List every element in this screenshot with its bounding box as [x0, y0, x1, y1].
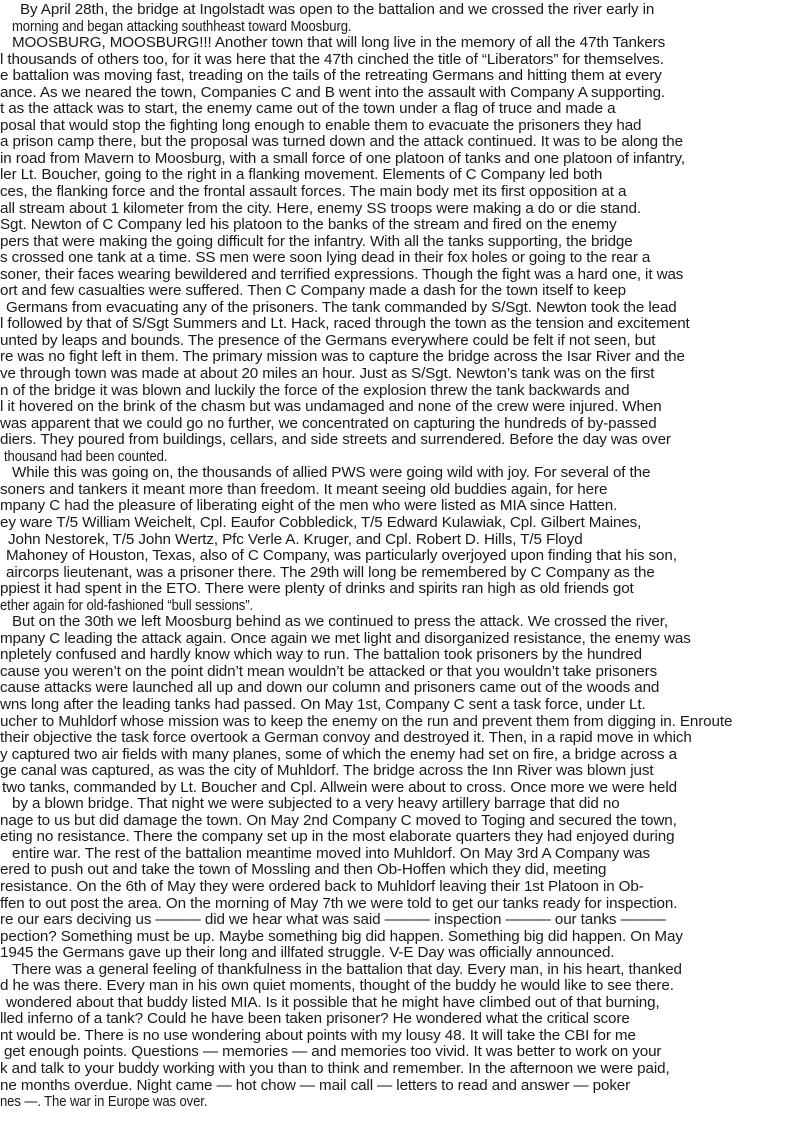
text-line-content: By April 28th, the bridge at Ingolstadt …	[20, 2, 654, 19]
text-line: ne months overdue. Night came — hot chow…	[0, 1078, 800, 1095]
text-line-content: t as the attack was to start, the enemy …	[0, 101, 615, 118]
text-line-content: While this was going on, the thousands o…	[12, 465, 650, 482]
text-line: soner, their faces wearing bewildered an…	[0, 267, 800, 284]
text-line-content: ey ware T/5 William Weichelt, Cpl. Eaufo…	[0, 515, 641, 532]
text-line-content: e battalion was moving fast, treading on…	[0, 68, 662, 85]
text-line: by a blown bridge. That night we were su…	[0, 796, 800, 813]
text-line: ort and few casualties were suffered. Th…	[0, 283, 800, 300]
text-line-content: a prison camp there, but the proposal wa…	[0, 134, 683, 151]
text-line-content: nage to us but did damage the town. On M…	[0, 813, 677, 830]
text-line-content: was apparent that we could go no further…	[0, 416, 657, 433]
text-line: was apparent that we could go no further…	[0, 416, 800, 433]
text-line-content: John Nestorek, T/5 John Wertz, Pfc Verle…	[8, 532, 583, 549]
text-line: morning and began attacking southheast t…	[0, 19, 800, 36]
text-line: their objective the task force overtook …	[0, 730, 800, 747]
text-line-content: MOOSBURG, MOOSBURG!!! Another town that …	[12, 35, 665, 52]
text-line-content: ether again for old-fashioned “bull sess…	[0, 598, 253, 615]
document-page: By April 28th, the bridge at Ingolstadt …	[0, 2, 800, 1111]
text-line-content: ne months overdue. Night came — hot chow…	[0, 1078, 630, 1095]
text-line-content: There was a general feeling of thankfuln…	[12, 962, 682, 979]
text-line: thousand had been counted.	[0, 449, 800, 466]
text-line: npletely confused and hardly know which …	[0, 647, 800, 664]
text-line-content: resistance. On the 6th of May they were …	[0, 879, 644, 896]
text-line: ance. As we neared the town, Companies C…	[0, 85, 800, 102]
text-line-content: mpany C had the pleasure of liberating e…	[0, 498, 617, 515]
text-line: ve through town was made at about 20 mil…	[0, 366, 800, 383]
text-line: e battalion was moving fast, treading on…	[0, 68, 800, 85]
text-line-content: l followed by that of S/Sgt Summers and …	[0, 316, 690, 333]
text-line-content: re our ears deciving us ——— did we hear …	[0, 912, 666, 929]
text-line: ler Lt. Boucher, going to the right in a…	[0, 167, 800, 184]
text-line-content: lled inferno of a tank? Could he have be…	[0, 1011, 630, 1028]
text-line: pers that were making the going difficul…	[0, 234, 800, 251]
text-line-content: npletely confused and hardly know which …	[0, 647, 642, 664]
text-line-content: nes —. The war in Europe was over.	[0, 1094, 207, 1111]
text-line-content: 1945 the Germans gave up their long and …	[0, 945, 614, 962]
text-line: re our ears deciving us ——— did we hear …	[0, 912, 800, 929]
text-line-content: thousand had been counted.	[4, 449, 167, 466]
text-line-content: morning and began attacking southheast t…	[12, 19, 351, 36]
text-line-content: unted by leaps and bounds. The presence …	[0, 333, 655, 350]
text-line-content: soner, their faces wearing bewildered an…	[0, 267, 683, 284]
text-line: aircorps lieutenant, was a prisoner ther…	[0, 565, 800, 582]
text-line: all stream about 1 kilometer from the ci…	[0, 201, 800, 218]
text-line: ether again for old-fashioned “bull sess…	[0, 598, 800, 615]
text-line: re was no fight left in them. The primar…	[0, 349, 800, 366]
text-line: Mahoney of Houston, Texas, also of C Com…	[0, 548, 800, 565]
text-line-content: ucher to Muhldorf whose mission was to k…	[0, 714, 732, 731]
text-line: nt would be. There is no use wondering a…	[0, 1028, 800, 1045]
text-line: soners and tankers it meant more than fr…	[0, 482, 800, 499]
text-line-content: soners and tankers it meant more than fr…	[0, 482, 607, 499]
text-line: entire war. The rest of the battalion me…	[0, 846, 800, 863]
text-line: But on the 30th we left Moosburg behind …	[0, 614, 800, 631]
text-line: pection? Something must be up. Maybe som…	[0, 929, 800, 946]
text-line: cause you weren’t on the point didn’t me…	[0, 664, 800, 681]
text-line: While this was going on, the thousands o…	[0, 465, 800, 482]
text-line: unted by leaps and bounds. The presence …	[0, 333, 800, 350]
text-line-content: Germans from evacuating any of the priso…	[6, 300, 677, 317]
text-line-content: But on the 30th we left Moosburg behind …	[12, 614, 668, 631]
text-line-content: y captured two air fields with many plan…	[0, 747, 677, 764]
text-line-content: cause you weren’t on the point didn’t me…	[0, 664, 657, 681]
text-line: get enough points. Questions — memories …	[0, 1044, 800, 1061]
text-line: wondered about that buddy listed MIA. Is…	[0, 995, 800, 1012]
text-line: wns long after the leading tanks had pas…	[0, 697, 800, 714]
text-line: ge canal was captured, as was the city o…	[0, 763, 800, 780]
text-line: s crossed one tank at a time. SS men wer…	[0, 250, 800, 267]
text-line-content: ance. As we neared the town, Companies C…	[0, 85, 665, 102]
text-line-content: pection? Something must be up. Maybe som…	[0, 929, 683, 946]
text-line: a prison camp there, but the proposal wa…	[0, 134, 800, 151]
text-line: eting no resistance. There the company s…	[0, 829, 800, 846]
text-line: d he was there. Every man in his own qui…	[0, 978, 800, 995]
text-line: in road from Mavern to Moosburg, with a …	[0, 151, 800, 168]
text-line-content: aircorps lieutenant, was a prisoner ther…	[6, 565, 655, 582]
text-line: lled inferno of a tank? Could he have be…	[0, 1011, 800, 1028]
text-line-content: d he was there. Every man in his own qui…	[0, 978, 674, 995]
text-line-content: s crossed one tank at a time. SS men wer…	[0, 250, 650, 267]
text-line: two tanks, commanded by Lt. Boucher and …	[0, 780, 800, 797]
text-line-content: ler Lt. Boucher, going to the right in a…	[0, 167, 602, 184]
text-line-content: Sgt. Newton of C Company led his platoon…	[0, 217, 617, 234]
text-line: y captured two air fields with many plan…	[0, 747, 800, 764]
text-line: Germans from evacuating any of the priso…	[0, 300, 800, 317]
text-line: resistance. On the 6th of May they were …	[0, 879, 800, 896]
text-line-content: ppiest it had spent in the ETO. There we…	[0, 581, 634, 598]
text-line: ey ware T/5 William Weichelt, Cpl. Eaufo…	[0, 515, 800, 532]
text-line-content: mpany C leading the attack again. Once a…	[0, 631, 691, 648]
text-line: ces, the flanking force and the frontal …	[0, 184, 800, 201]
text-line-content: wns long after the leading tanks had pas…	[0, 697, 646, 714]
text-line-content: l it hovered on the brink of the chasm b…	[0, 399, 662, 416]
text-line-content: in road from Mavern to Moosburg, with a …	[0, 151, 685, 168]
text-line: 1945 the Germans gave up their long and …	[0, 945, 800, 962]
text-line: ppiest it had spent in the ETO. There we…	[0, 581, 800, 598]
text-line-content: their objective the task force overtook …	[0, 730, 692, 747]
text-line-content: entire war. The rest of the battalion me…	[12, 846, 650, 863]
text-line-content: nt would be. There is no use wondering a…	[0, 1028, 636, 1045]
text-line: t as the attack was to start, the enemy …	[0, 101, 800, 118]
text-line: k and talk to your buddy working with yo…	[0, 1061, 800, 1078]
text-line: ucher to Muhldorf whose mission was to k…	[0, 714, 800, 731]
text-line: cause attacks were launched all up and d…	[0, 680, 800, 697]
text-line: n of the bridge it was blown and luckily…	[0, 383, 800, 400]
text-line-content: diers. They poured from buildings, cella…	[0, 432, 671, 449]
text-line: nage to us but did damage the town. On M…	[0, 813, 800, 830]
text-line-content: ve through town was made at about 20 mil…	[0, 366, 654, 383]
text-line-content: two tanks, commanded by Lt. Boucher and …	[2, 780, 677, 797]
text-line-content: re was no fight left in them. The primar…	[0, 349, 685, 366]
text-line: diers. They poured from buildings, cella…	[0, 432, 800, 449]
text-line-content: eting no resistance. There the company s…	[0, 829, 674, 846]
text-line: ffen to out post the area. On the mornin…	[0, 896, 800, 913]
text-line-content: all stream about 1 kilometer from the ci…	[0, 201, 641, 218]
text-line-content: ffen to out post the area. On the mornin…	[0, 896, 677, 913]
text-line-content: k and talk to your buddy working with yo…	[0, 1061, 670, 1078]
text-line-content: by a blown bridge. That night we were su…	[12, 796, 620, 813]
text-line-content: Mahoney of Houston, Texas, also of C Com…	[6, 548, 677, 565]
text-line: l thousands of others too, for it was he…	[0, 52, 800, 69]
text-line: l followed by that of S/Sgt Summers and …	[0, 316, 800, 333]
text-line: nes —. The war in Europe was over.	[0, 1094, 800, 1111]
text-line: l it hovered on the brink of the chasm b…	[0, 399, 800, 416]
text-line-content: get enough points. Questions — memories …	[4, 1044, 661, 1061]
text-line-content: cause attacks were launched all up and d…	[0, 680, 659, 697]
text-line-content: ge canal was captured, as was the city o…	[0, 763, 653, 780]
text-line-content: wondered about that buddy listed MIA. Is…	[6, 995, 660, 1012]
text-line-content: posal that would stop the fighting long …	[0, 118, 641, 135]
text-line-content: ered to push out and take the town of Mo…	[0, 862, 606, 879]
text-line: posal that would stop the fighting long …	[0, 118, 800, 135]
text-line: There was a general feeling of thankfuln…	[0, 962, 800, 979]
text-line: By April 28th, the bridge at Ingolstadt …	[0, 2, 800, 19]
text-line: mpany C leading the attack again. Once a…	[0, 631, 800, 648]
text-line: ered to push out and take the town of Mo…	[0, 862, 800, 879]
text-line: John Nestorek, T/5 John Wertz, Pfc Verle…	[0, 532, 800, 549]
text-line: Sgt. Newton of C Company led his platoon…	[0, 217, 800, 234]
text-line-content: l thousands of others too, for it was he…	[0, 52, 664, 69]
text-line: MOOSBURG, MOOSBURG!!! Another town that …	[0, 35, 800, 52]
text-line: mpany C had the pleasure of liberating e…	[0, 498, 800, 515]
text-line-content: ces, the flanking force and the frontal …	[0, 184, 626, 201]
text-line-content: ort and few casualties were suffered. Th…	[0, 283, 626, 300]
text-line-content: n of the bridge it was blown and luckily…	[0, 383, 630, 400]
text-line-content: pers that were making the going difficul…	[0, 234, 633, 251]
